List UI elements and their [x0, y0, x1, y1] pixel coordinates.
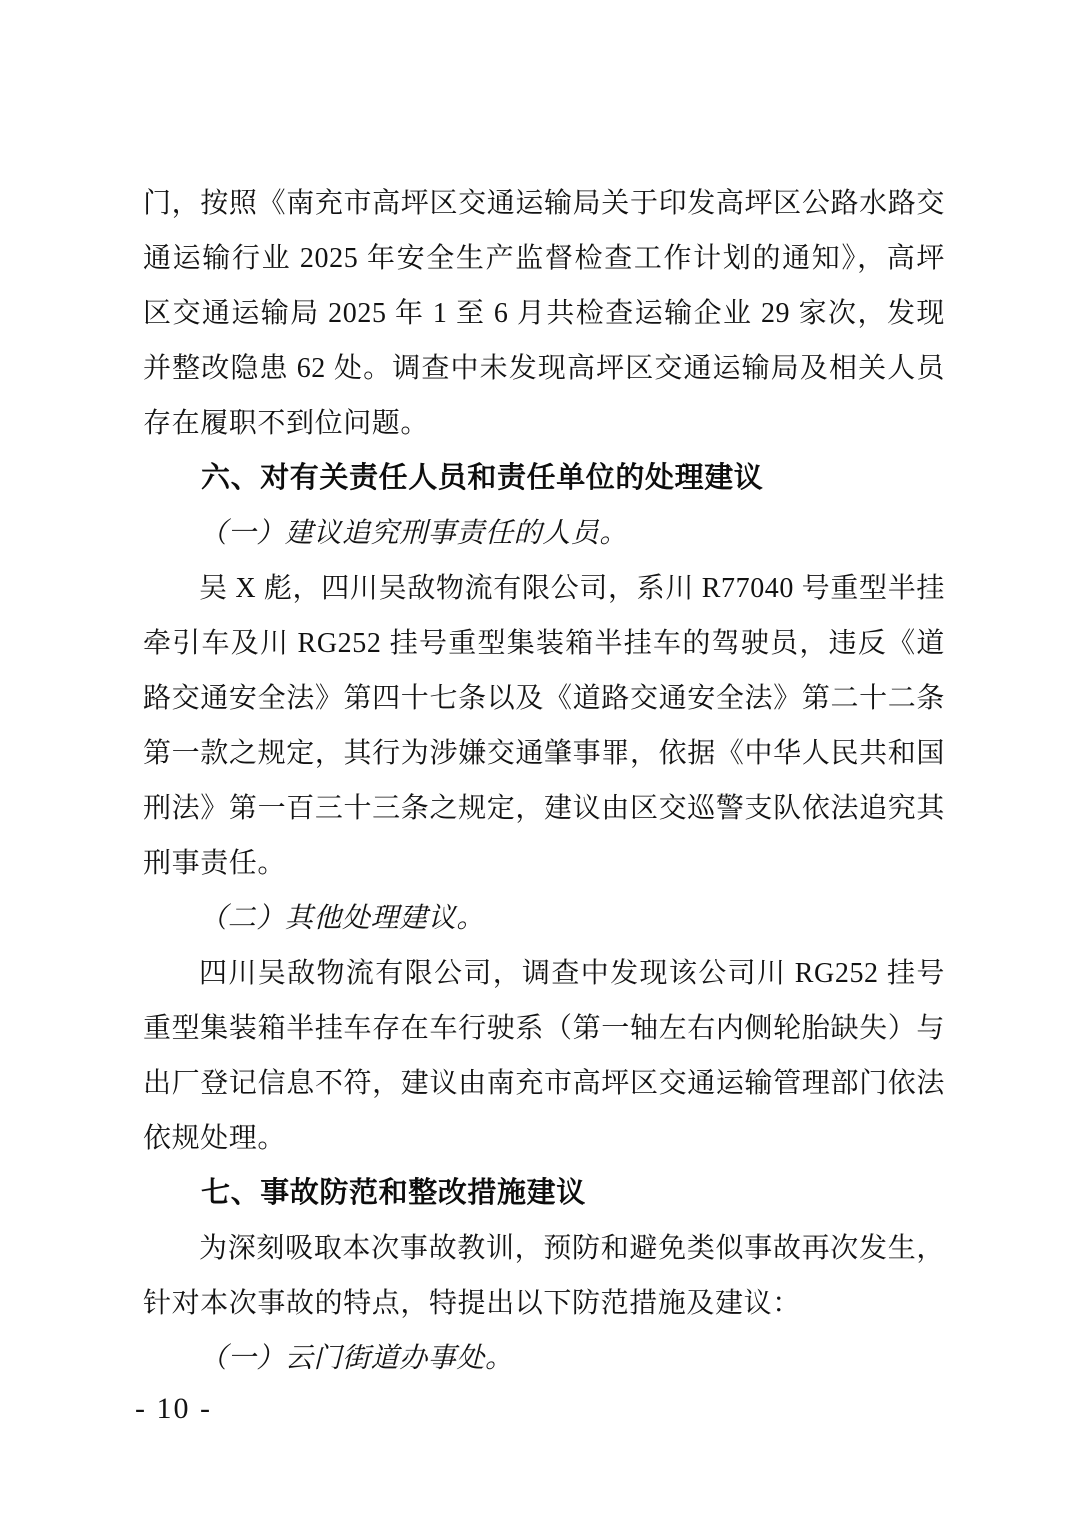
paragraph-transport-bureau-inspection: 门，按照《南充市高坪区交通运输局关于印发高坪区公路水路交通运输行业 2025 年… — [143, 176, 945, 451]
subheading-yunmen-subdistrict-office: （一）云门街道办事处。 — [143, 1331, 945, 1386]
document-body: 门，按照《南充市高坪区交通运输局关于印发高坪区公路水路交通运输行业 2025 年… — [143, 176, 945, 1386]
paragraph-driver-wu-x-biao: 吴 X 彪，四川吴敌物流有限公司，系川 R77040 号重型半挂牵引车及川 RG… — [143, 561, 945, 891]
subheading-other-handling-recommendations: （二）其他处理建议。 — [143, 891, 945, 946]
paragraph-sichuan-wudi-logistics: 四川吴敌物流有限公司，调查中发现该公司川 RG252 挂号重型集装箱半挂车存在车… — [143, 946, 945, 1166]
heading-section-6-handling-recommendations: 六、对有关责任人员和责任单位的处理建议 — [143, 451, 945, 506]
paragraph-lessons-learned: 为深刻吸取本次事故教训，预防和避免类似事故再次发生，针对本次事故的特点，特提出以… — [143, 1221, 945, 1331]
document-page: 门，按照《南充市高坪区交通运输局关于印发高坪区公路水路交通运输行业 2025 年… — [0, 0, 1074, 1520]
heading-section-7-prevention-measures: 七、事故防范和整改措施建议 — [143, 1166, 945, 1221]
subheading-criminal-liability-persons: （一）建议追究刑事责任的人员。 — [143, 506, 945, 561]
page-number: - 10 - — [135, 1392, 212, 1426]
